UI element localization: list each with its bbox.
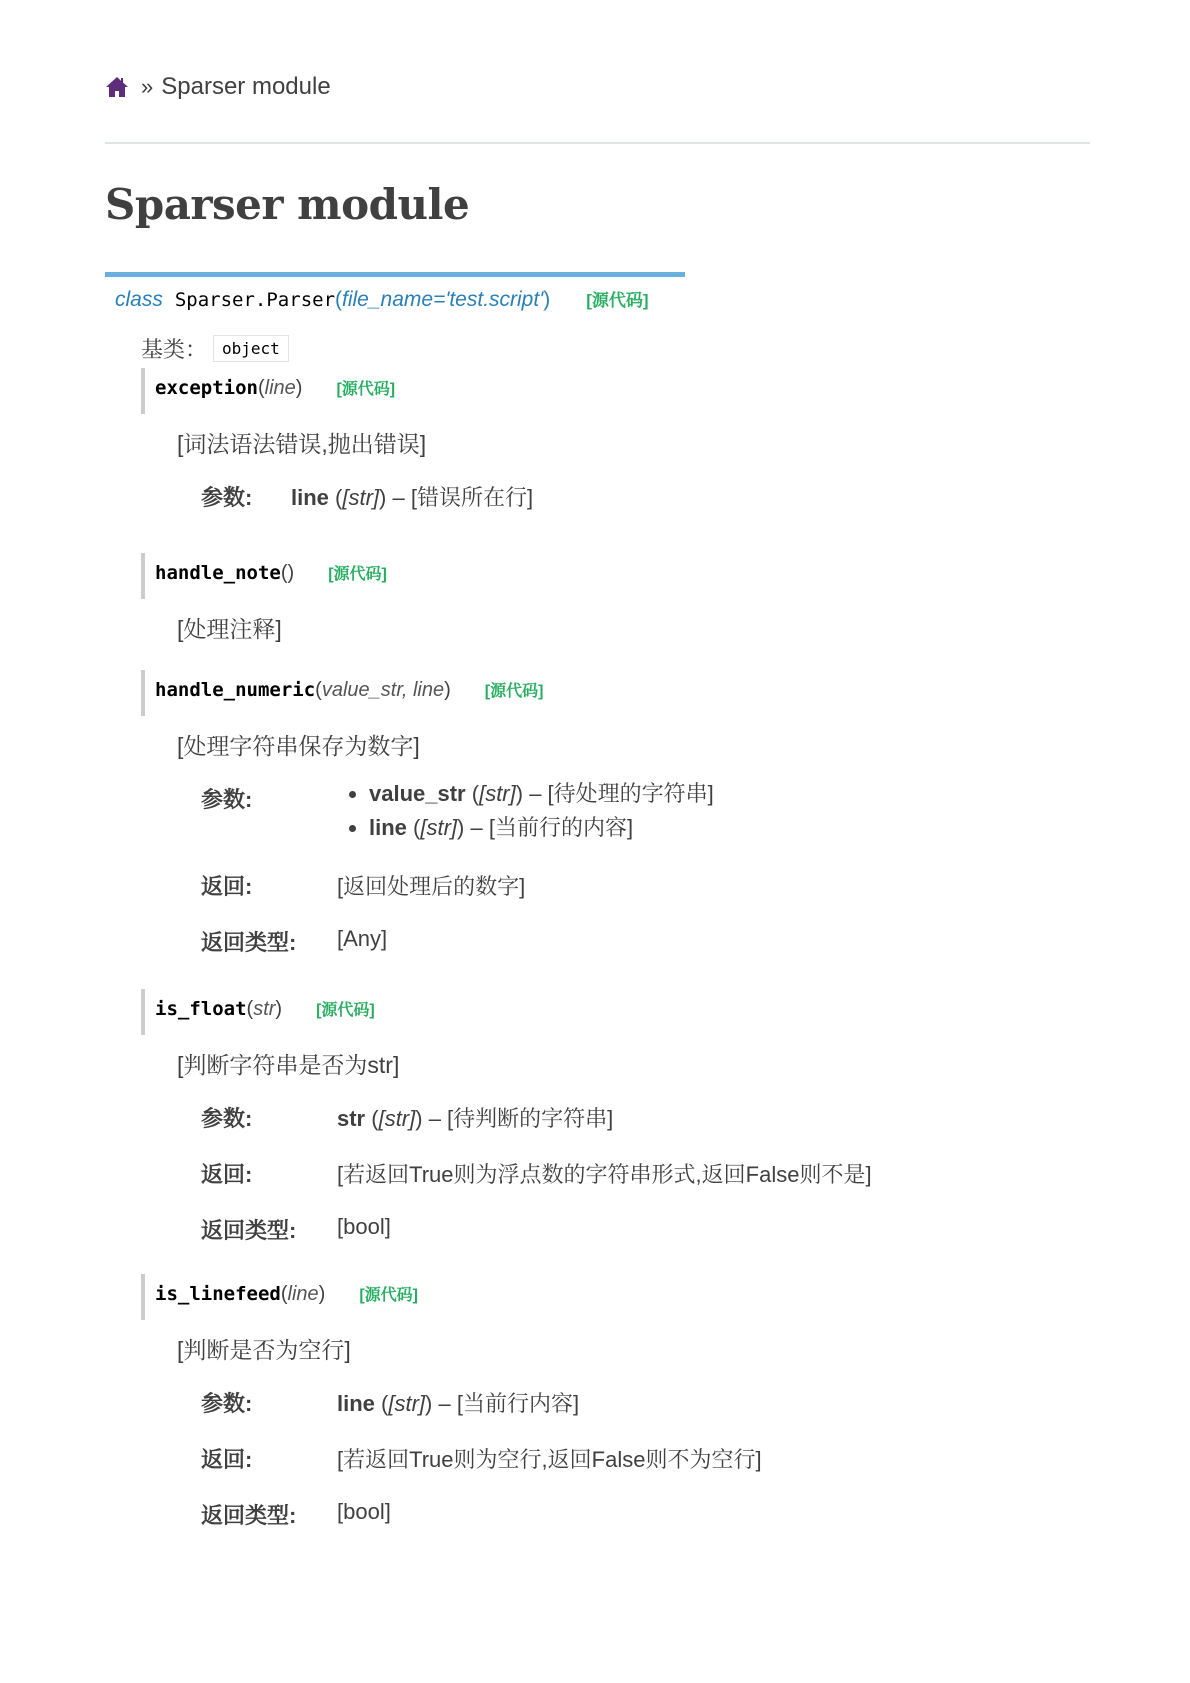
param-desc: [待处理的字符串] <box>548 781 714 806</box>
class-name: Sparser.Parser <box>175 289 335 311</box>
params-list: value_str ([str]) – [待处理的字符串] line ([str… <box>337 777 714 845</box>
rtype-value: [bool] <box>337 1499 762 1555</box>
class-params: file_name='test.script' <box>342 288 543 312</box>
returns-label: 返回: <box>201 870 337 926</box>
params-body: line ([str]) – [错误所在行] <box>291 481 533 537</box>
params-label: 参数: <box>201 1387 337 1443</box>
param-name: value_str <box>369 781 466 806</box>
header-divider <box>105 142 1090 144</box>
close-paren: ) <box>543 288 550 312</box>
viewcode-link[interactable]: [源代码] <box>586 286 648 311</box>
method-name: handle_numeric <box>155 679 315 701</box>
class-signature: class Sparser.Parser ( file_name='test.s… <box>105 272 685 312</box>
param-type: [str] <box>420 815 457 840</box>
returns-value: [返回处理后的数字] <box>337 870 714 926</box>
method-handle-note: handle_note ( ) [源代码] [处理注释] <box>141 553 1041 644</box>
dash: – <box>432 1391 456 1416</box>
method-signature: handle_numeric ( value_str, line ) [源代码] <box>141 670 1041 716</box>
bases-label: 基类： <box>141 333 207 364</box>
param-type: [str] <box>479 781 516 806</box>
open-paren: ( <box>247 998 254 1021</box>
breadcrumb: » Sparser module <box>105 70 331 104</box>
method-params: str <box>253 998 275 1021</box>
method-description: [词法语法错误,抛出错误] <box>177 426 1041 459</box>
paren: ( <box>329 485 342 510</box>
viewcode-link[interactable]: [源代码] <box>328 561 387 584</box>
field-list: 参数: line ([str]) – [当前行内容] 返回: [若返回True则… <box>201 1387 762 1555</box>
rtype-label: 返回类型: <box>201 1499 337 1555</box>
page-title: Sparser module <box>105 180 469 229</box>
close-paren: ) <box>288 562 295 585</box>
method-params: value_str, line <box>322 679 444 702</box>
paren: ( <box>375 1391 388 1416</box>
field-list: 参数: line ([str]) – [错误所在行] <box>201 481 533 537</box>
method-signature: exception ( line ) [源代码] <box>141 368 1041 414</box>
param-desc: [待判断的字符串] <box>447 1106 613 1131</box>
home-icon[interactable] <box>105 76 129 98</box>
method-description: [处理注释] <box>177 611 1041 644</box>
param-item: line ([str]) – [当前行的内容] <box>369 811 714 845</box>
method-name: is_linefeed <box>155 1283 281 1305</box>
method-name: is_float <box>155 998 247 1020</box>
param-desc: [当前行内容] <box>457 1391 579 1416</box>
method-signature: handle_note ( ) [源代码] <box>141 553 1041 599</box>
params-label: 参数: <box>201 783 337 870</box>
method-signature: is_linefeed ( line ) [源代码] <box>141 1274 1041 1320</box>
returns-value: [若返回True则为空行,返回False则不为空行] <box>337 1443 762 1499</box>
close-paren: ) <box>444 679 451 702</box>
open-paren: ( <box>281 562 288 585</box>
param-type: [str] <box>388 1391 425 1416</box>
param-item: value_str ([str]) – [待处理的字符串] <box>369 777 714 811</box>
paren: ) <box>516 781 523 806</box>
method-is-float: is_float ( str ) [源代码] [判断字符串是否为str] 参数:… <box>141 989 1041 1270</box>
field-list: 参数: value_str ([str]) – [待处理的字符串] line (… <box>201 783 714 982</box>
close-paren: ) <box>275 998 282 1021</box>
param-name: line <box>369 815 407 840</box>
returns-label: 返回: <box>201 1158 337 1214</box>
viewcode-link[interactable]: [源代码] <box>336 376 395 399</box>
params-body: value_str ([str]) – [待处理的字符串] line ([str… <box>337 783 714 870</box>
param-name: line <box>291 485 329 510</box>
method-description: [处理字符串保存为数字] <box>177 728 1041 761</box>
dash: – <box>423 1106 447 1131</box>
open-paren: ( <box>335 288 342 312</box>
paren: ( <box>466 781 479 806</box>
method-handle-numeric: handle_numeric ( value_str, line ) [源代码]… <box>141 670 1041 982</box>
param-name: line <box>337 1391 375 1416</box>
method-exception: exception ( line ) [源代码] [词法语法错误,抛出错误] 参… <box>141 368 1041 537</box>
rtype-label: 返回类型: <box>201 1214 337 1270</box>
method-description: [判断是否为空行] <box>177 1332 1041 1365</box>
param-name: str <box>337 1106 365 1131</box>
param-type: [str] <box>342 485 379 510</box>
params-body: str ([str]) – [待判断的字符串] <box>337 1102 872 1158</box>
bases-value: object <box>213 335 289 362</box>
dash: – <box>386 485 410 510</box>
returns-value: [若返回True则为浮点数的字符串形式,返回False则不是] <box>337 1158 872 1214</box>
params-label: 参数: <box>201 1102 337 1158</box>
open-paren: ( <box>281 1283 288 1306</box>
returns-label: 返回: <box>201 1443 337 1499</box>
method-name: exception <box>155 377 258 399</box>
open-paren: ( <box>315 679 322 702</box>
rtype-value: [Any] <box>337 926 714 982</box>
dash: – <box>464 815 488 840</box>
param-desc: [当前行的内容] <box>489 815 633 840</box>
viewcode-link[interactable]: [源代码] <box>359 1282 418 1305</box>
base-classes: 基类： object <box>141 333 289 364</box>
viewcode-link[interactable]: [源代码] <box>485 678 544 701</box>
method-params: line <box>288 1283 319 1306</box>
method-is-linefeed: is_linefeed ( line ) [源代码] [判断是否为空行] 参数:… <box>141 1274 1041 1555</box>
method-description: [判断字符串是否为str] <box>177 1047 1041 1080</box>
paren: ) <box>415 1106 422 1131</box>
param-desc: [错误所在行] <box>411 485 533 510</box>
method-signature: is_float ( str ) [源代码] <box>141 989 1041 1035</box>
class-keyword: class <box>115 288 163 312</box>
breadcrumb-current: Sparser module <box>161 73 330 101</box>
field-list: 参数: str ([str]) – [待判断的字符串] 返回: [若返回True… <box>201 1102 872 1270</box>
breadcrumb-separator: » <box>141 74 153 100</box>
dash: – <box>523 781 547 806</box>
rtype-value: [bool] <box>337 1214 872 1270</box>
close-paren: ) <box>319 1283 326 1306</box>
method-name: handle_note <box>155 562 281 584</box>
method-params: line <box>265 377 296 400</box>
rtype-label: 返回类型: <box>201 926 337 982</box>
params-body: line ([str]) – [当前行内容] <box>337 1387 762 1443</box>
paren: ( <box>365 1106 378 1131</box>
paren: ( <box>407 815 420 840</box>
close-paren: ) <box>296 377 303 400</box>
params-label: 参数: <box>201 481 291 537</box>
param-type: [str] <box>379 1106 416 1131</box>
open-paren: ( <box>258 377 265 400</box>
viewcode-link[interactable]: [源代码] <box>316 997 375 1020</box>
